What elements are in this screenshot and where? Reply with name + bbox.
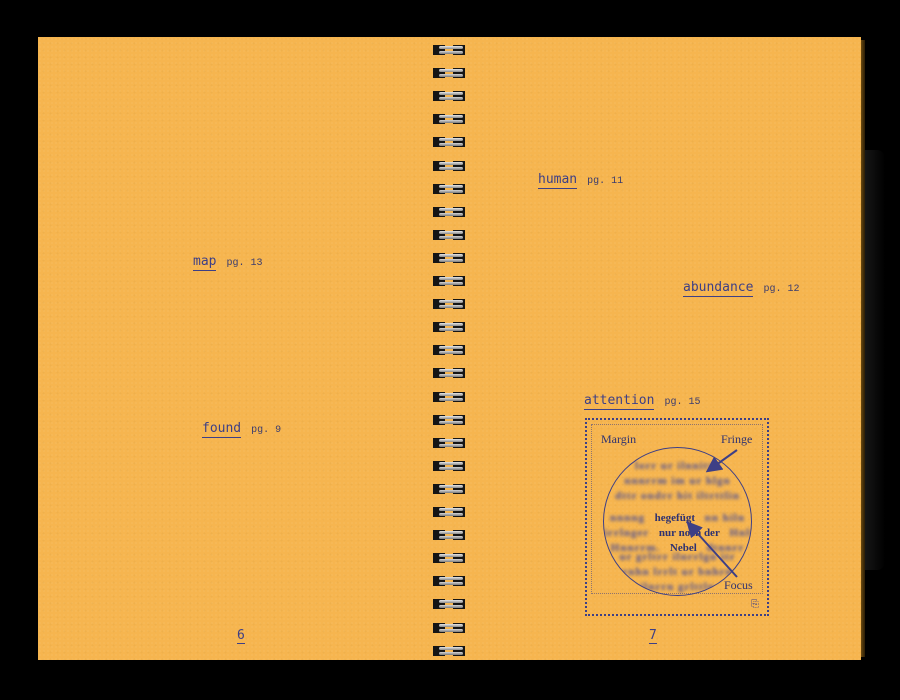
page-reference: pg. 9 (251, 425, 281, 436)
spiral-coil (431, 275, 469, 287)
page-reference: pg. 15 (664, 397, 700, 408)
spiral-coil (431, 229, 469, 241)
spiral-coil (431, 252, 469, 264)
spiral-coil (431, 113, 469, 125)
spiral-coil (431, 622, 469, 634)
index-entry-attention[interactable]: attention pg. 15 (584, 393, 700, 410)
page-number-left: 6 (237, 629, 245, 644)
spiral-coil (431, 437, 469, 449)
spiral-coil (431, 90, 469, 102)
spiral-coil (431, 645, 469, 657)
spiral-coil (431, 414, 469, 426)
index-word[interactable]: human (538, 172, 577, 189)
spiral-coil (431, 598, 469, 610)
index-entry-found[interactable]: found pg. 9 (202, 421, 281, 438)
spiral-coil (431, 183, 469, 195)
spiral-coil (431, 321, 469, 333)
left-page (38, 37, 450, 660)
page-reference: pg. 12 (763, 284, 799, 295)
spiral-coil (431, 298, 469, 310)
spiral-coil (431, 44, 469, 56)
page-shadow (865, 150, 885, 570)
attention-figure: lorr ur ilnnittn nnnrrm im ur hlgn dttr … (585, 418, 769, 616)
page-reference: pg. 11 (587, 176, 623, 187)
page-number-right: 7 (649, 629, 657, 644)
spiral-coil (431, 391, 469, 403)
page-reference: pg. 13 (226, 258, 262, 269)
spiral-coil (431, 552, 469, 564)
spiral-coil (431, 575, 469, 587)
index-entry-human[interactable]: human pg. 11 (538, 172, 623, 189)
spiral-coil (431, 483, 469, 495)
spiral-binding (431, 44, 469, 664)
index-entry-abundance[interactable]: abundance pg. 12 (683, 280, 799, 297)
spiral-coil (431, 344, 469, 356)
link-icon: ⎘ (751, 599, 759, 610)
index-entry-map[interactable]: map pg. 13 (193, 254, 263, 271)
focus-arrow (689, 524, 737, 577)
index-word[interactable]: map (193, 254, 216, 271)
spiral-coil (431, 136, 469, 148)
spiral-coil (431, 160, 469, 172)
spiral-coil (431, 67, 469, 79)
spiral-coil (431, 529, 469, 541)
index-word[interactable]: found (202, 421, 241, 438)
fringe-arrow (709, 450, 737, 470)
figure-arrows (587, 420, 771, 618)
spiral-coil (431, 460, 469, 472)
spiral-coil (431, 367, 469, 379)
spiral-coil (431, 506, 469, 518)
spiral-coil (431, 206, 469, 218)
index-word[interactable]: attention (584, 393, 654, 410)
index-word[interactable]: abundance (683, 280, 753, 297)
